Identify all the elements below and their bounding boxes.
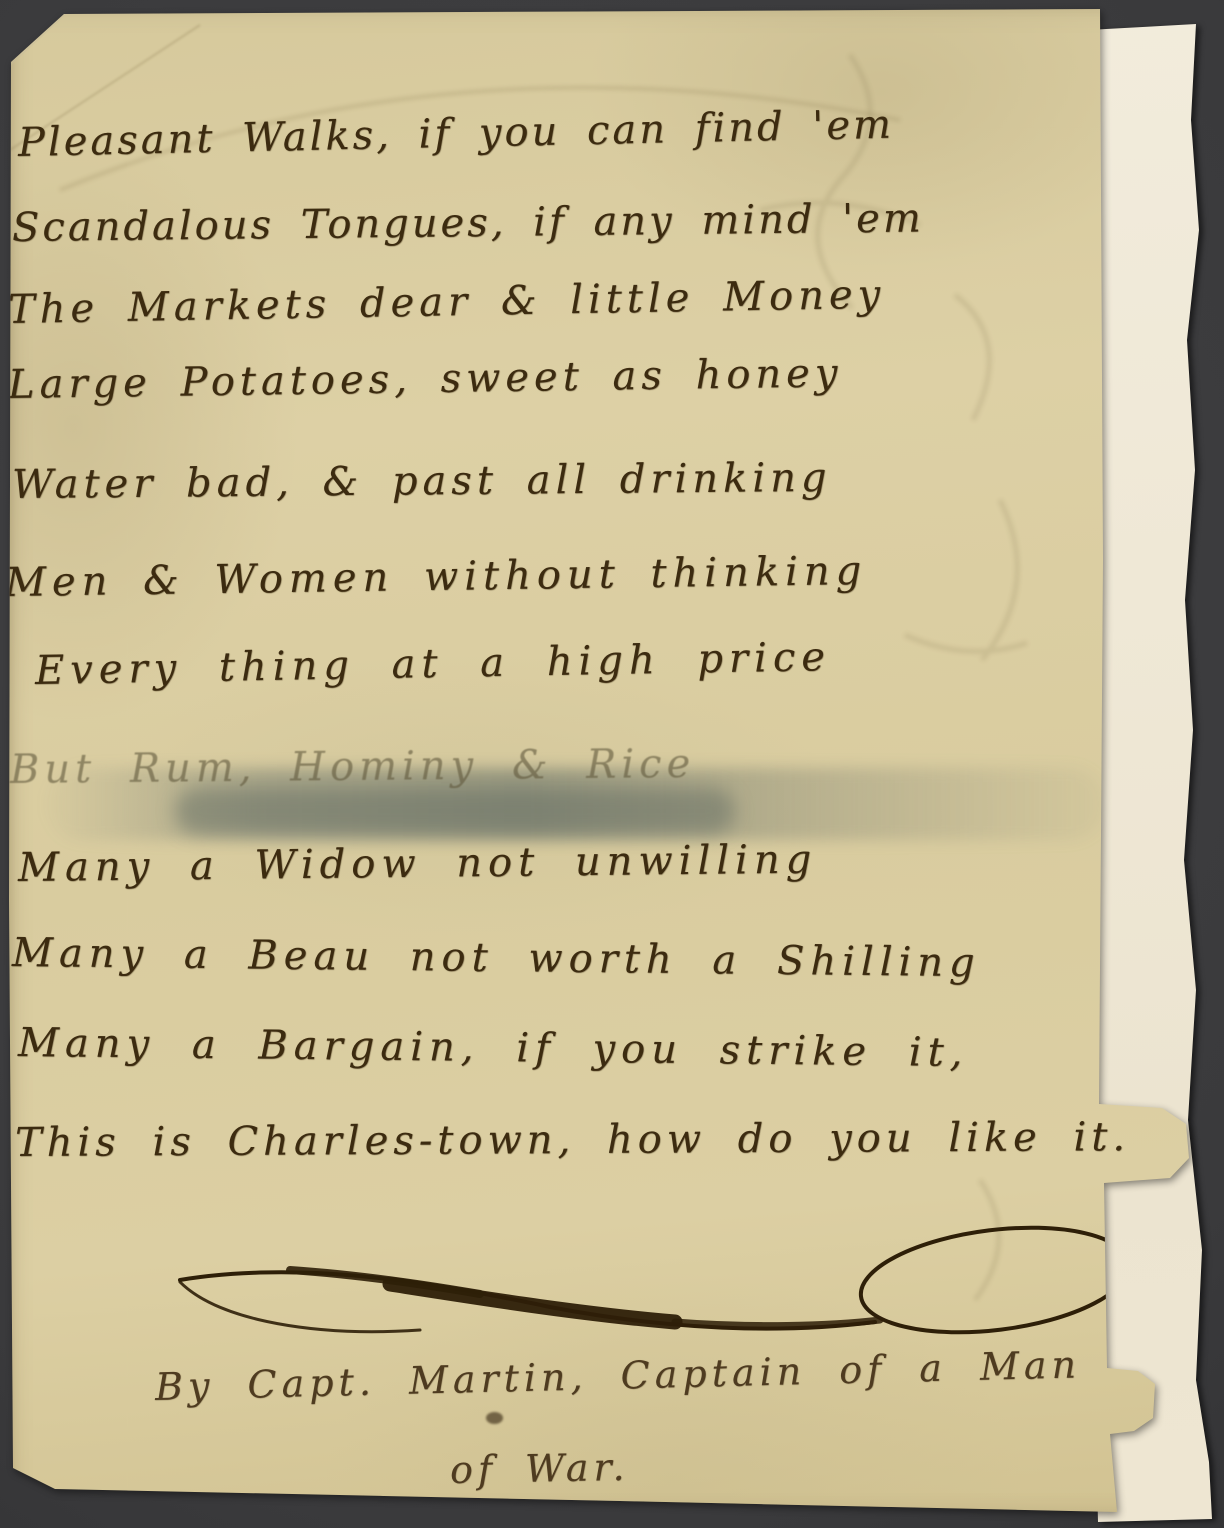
- poem-line-3: The Markets dear & little Money: [8, 272, 886, 333]
- ink-spot: [486, 1412, 503, 1424]
- attribution-line-2: of War.: [450, 1445, 630, 1492]
- ink-flourish-swash: [150, 1222, 1130, 1362]
- poem-line-1: Pleasant Walks, if you can find 'em: [18, 102, 895, 166]
- poem-line-5: Water bad, & past all drinking: [12, 455, 832, 508]
- poem-line-9: Many a Widow not unwilling: [18, 837, 818, 891]
- corner-fold: [8, 11, 70, 68]
- poem-line-2: Scandalous Tongues, if any mind 'em: [12, 195, 924, 251]
- manuscript-page: Pleasant Walks, if you can find 'em Scan…: [0, 0, 1224, 1528]
- poem-line-12: This is Charles-town, how do you like it…: [15, 1114, 1130, 1166]
- poem-line-11: Many a Bargain, if you strike it,: [18, 1020, 969, 1076]
- poem-line-6: Men & Women without thinking: [5, 548, 868, 606]
- poem-line-10: Many a Beau not worth a Shilling: [12, 930, 981, 986]
- poem-line-8: But Rum, Hominy & Rice: [10, 741, 696, 793]
- scan-background: Pleasant Walks, if you can find 'em Scan…: [0, 0, 1224, 1528]
- poem-line-7: Every thing at a high price: [35, 634, 832, 694]
- attribution-line-1: By Capt. Martin, Captain of a Man: [154, 1342, 1081, 1409]
- ink-smudge-core: [175, 788, 735, 834]
- poem-line-4: Large Potatoes, sweet as honey: [8, 350, 843, 408]
- manuscript-paper: Pleasant Walks, if you can find 'em Scan…: [0, 0, 1224, 1528]
